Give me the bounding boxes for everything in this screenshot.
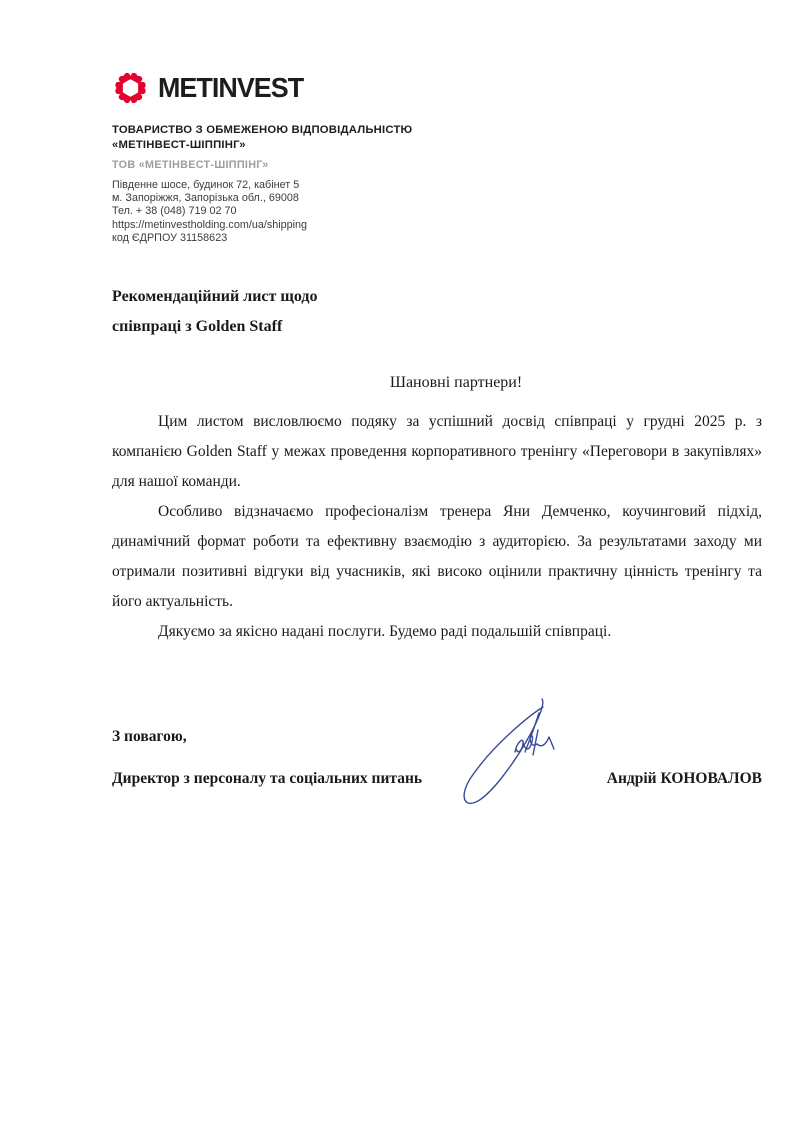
paragraph-trainer-feedback: Особливо відзначаємо професіоналізм трен… — [112, 497, 762, 617]
salutation: Шановні партнери! — [112, 368, 762, 398]
address-edrpou-code: код ЄДРПОУ 31158623 — [112, 232, 672, 245]
paragraph-thanks: Дякуємо за якісно надані послуги. Будемо… — [112, 617, 762, 647]
metinvest-logo-icon — [112, 68, 149, 108]
company-full-name: ТОВАРИСТВО З ОБМЕЖЕНОЮ ВІДПОВІДАЛЬНІСТЮ … — [112, 123, 672, 153]
company-address-block: Південне шосе, будинок 72, кабінет 5 м. … — [112, 179, 672, 245]
letterhead: METINVEST ТОВАРИСТВО З ОБМЕЖЕНОЮ ВІДПОВІ… — [112, 68, 672, 245]
company-full-name-line2: «МЕТІНВЕСТ-ШІППІНГ» — [112, 138, 672, 153]
address-city: м. Запоріжжя, Запорізька обл., 69008 — [112, 192, 672, 205]
company-short-name: ТОВ «МЕТІНВЕСТ-ШІППІНГ» — [112, 159, 672, 171]
closing-phrase: З повагою, — [112, 727, 762, 747]
closing-block: З повагою, Директор з персоналу та соціа… — [112, 727, 762, 788]
letter-title: Рекомендаційний лист щодо співпраці з Go… — [112, 282, 762, 342]
letter-paragraphs: Цим листом висловлюємо подяку за успішни… — [112, 407, 762, 647]
letter-body: Рекомендаційний лист щодо співпраці з Go… — [112, 282, 762, 788]
brand-logo: METINVEST — [112, 68, 672, 108]
address-website: https://metinvestholding.com/ua/shipping — [112, 219, 672, 232]
letter-title-line1: Рекомендаційний лист щодо — [112, 282, 762, 312]
paragraph-gratitude: Цим листом висловлюємо подяку за успішни… — [112, 407, 762, 497]
address-phone: Тел. + 38 (048) 719 02 70 — [112, 205, 672, 218]
letter-title-line2: співпраці з Golden Staff — [112, 312, 762, 342]
signer-title: Директор з персоналу та соціальних питан… — [112, 770, 422, 788]
company-full-name-line1: ТОВАРИСТВО З ОБМЕЖЕНОЮ ВІДПОВІДАЛЬНІСТЮ — [112, 123, 672, 138]
brand-wordmark: METINVEST — [158, 72, 303, 104]
signer-name: Андрій КОНОВАЛОВ — [607, 770, 762, 788]
letter-page: METINVEST ТОВАРИСТВО З ОБМЕЖЕНОЮ ВІДПОВІ… — [0, 0, 800, 1131]
signer-row: Директор з персоналу та соціальних питан… — [112, 770, 762, 788]
address-street: Південне шосе, будинок 72, кабінет 5 — [112, 179, 672, 192]
